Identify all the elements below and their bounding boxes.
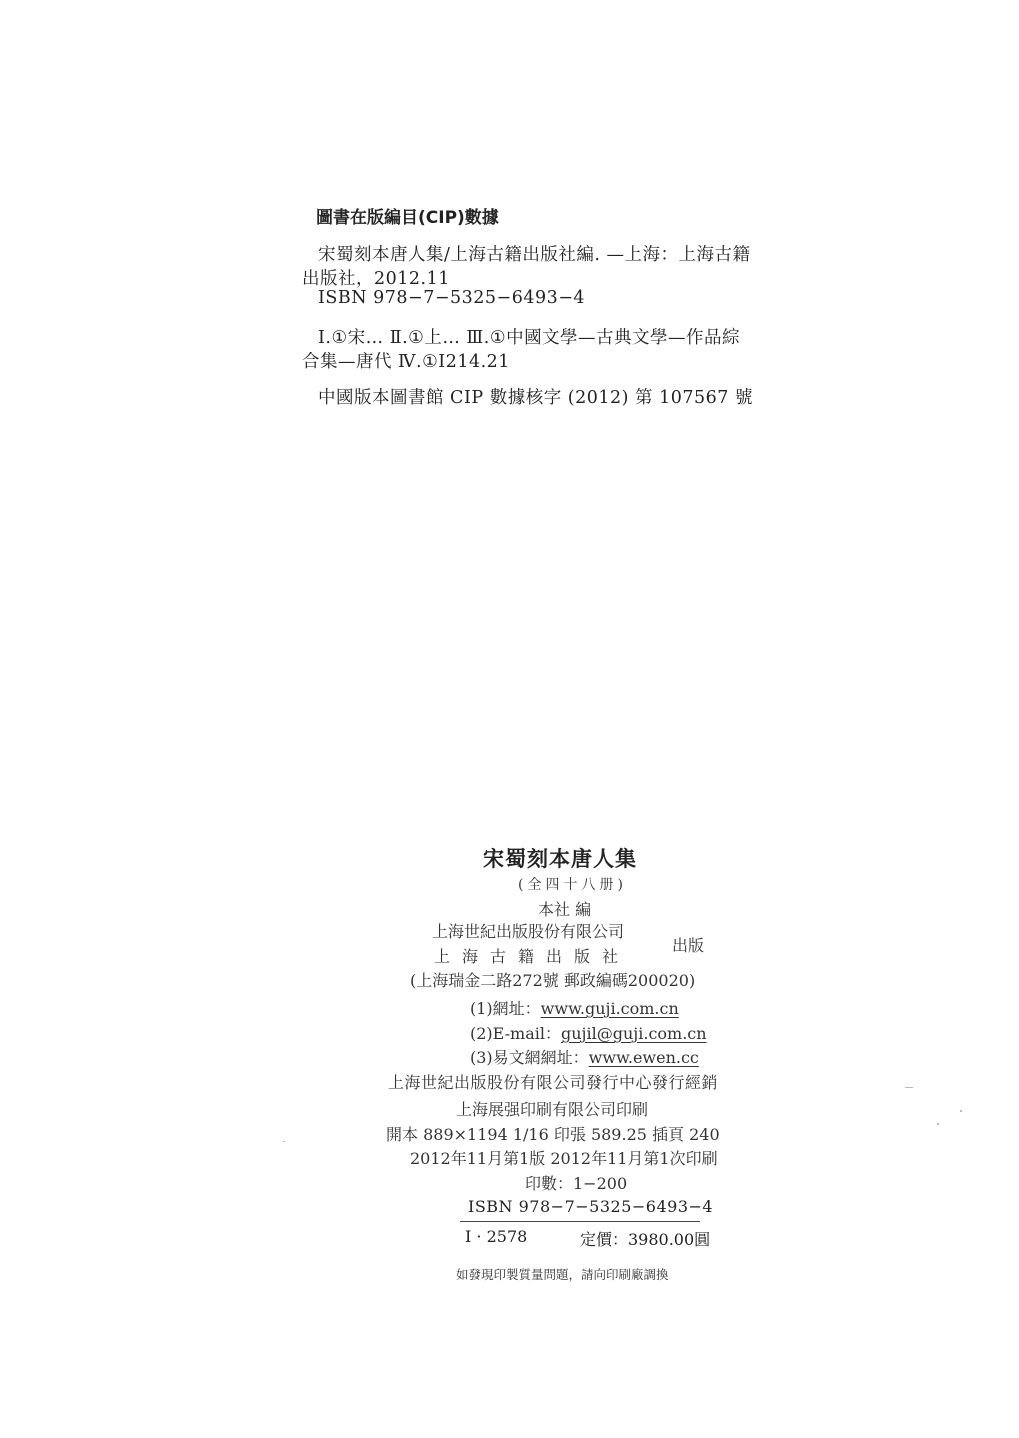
publisher-suffix: 出版 <box>672 933 704 956</box>
website-line: (1)網址：www.guji.com.cn <box>470 996 679 1019</box>
scan-speck <box>937 1123 939 1125</box>
colophon-isbn: ISBN 978−7−5325−6493−4 <box>468 1197 713 1216</box>
scan-speck <box>905 1087 913 1088</box>
editor: 本社 編 <box>538 897 591 920</box>
ewen-link[interactable]: www.ewen.cc <box>589 1048 699 1067</box>
publisher-group: 上海世紀出版股份有限公司 <box>432 919 624 942</box>
email-line: (2)E-mail：gujil@guji.com.cn <box>470 1021 707 1044</box>
print-run: 印數：1−200 <box>525 1171 627 1194</box>
cip-subject-line-cont: 合集—唐代 Ⅳ.①I214.21 <box>302 348 510 373</box>
cip-record-number: 中國版本圖書館 CIP 數據核字 (2012) 第 107567 號 <box>318 384 753 409</box>
book-title: 宋蜀刻本唐人集 <box>483 843 637 873</box>
volume-count: (全四十八册) <box>518 874 627 894</box>
cip-isbn: ISBN 978−7−5325−6493−4 <box>318 288 585 308</box>
ewen-label: (3)易文網網址： <box>470 1048 589 1067</box>
scan-speck <box>960 1110 962 1112</box>
price: 定價：3980.00圓 <box>580 1227 710 1250</box>
divider-rule <box>460 1221 700 1222</box>
email-label: (2)E-mail： <box>470 1024 561 1043</box>
scan-speck <box>283 1141 285 1142</box>
publisher-address: (上海瑞金二路272號 郵政編碼200020) <box>410 968 695 991</box>
distributor: 上海世紀出版股份有限公司發行中心發行經銷 <box>388 1070 718 1093</box>
edition-info: 2012年11月第1版 2012年11月第1次印刷 <box>410 1146 718 1169</box>
quality-notice: 如發現印製質量問題，請向印刷廠調換 <box>456 1265 669 1283</box>
cip-heading: 圖書在版編目(CIP)數據 <box>316 203 499 228</box>
cip-subject-line: Ⅰ.①宋… Ⅱ.①上… Ⅲ.①中國文學—古典文學—作品綜 <box>318 324 740 349</box>
cip-title-line: 宋蜀刻本唐人集/上海古籍出版社編. —上海：上海古籍 <box>318 241 751 266</box>
classification-number: I · 2578 <box>465 1227 527 1246</box>
publisher-imprint: 上海古籍出版社 <box>434 944 630 967</box>
cip-publisher-line: 出版社，2012.11 <box>302 265 450 290</box>
printer: 上海展强印刷有限公司印刷 <box>456 1097 648 1120</box>
website-link[interactable]: www.guji.com.cn <box>541 999 679 1018</box>
ewen-line: (3)易文網網址：www.ewen.cc <box>470 1045 699 1068</box>
format-specs: 開本 889×1194 1/16 印張 589.25 插頁 240 <box>386 1122 720 1145</box>
email-link[interactable]: gujil@guji.com.cn <box>561 1024 707 1043</box>
website-label: (1)網址： <box>470 999 541 1018</box>
